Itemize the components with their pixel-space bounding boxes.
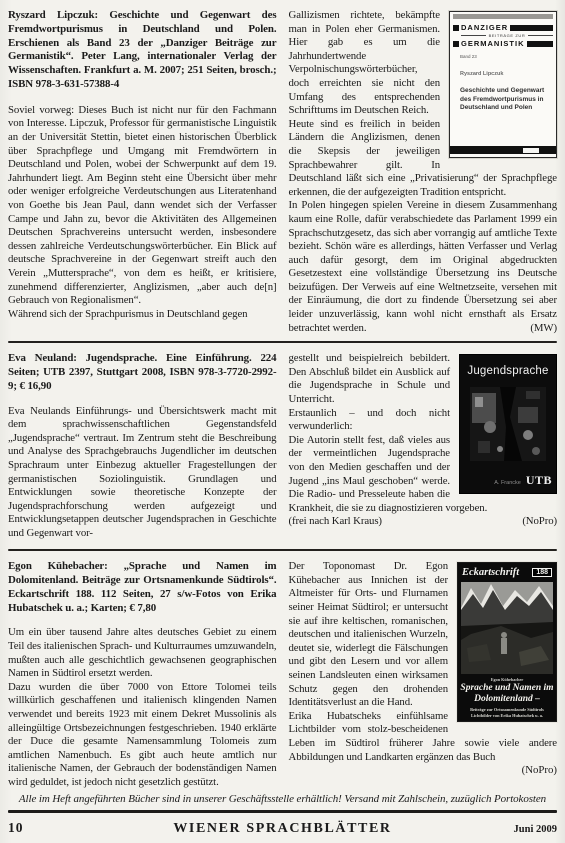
- review-section-lipczuk: Ryszard Lipczuk: Geschichte und Gegenwar…: [8, 6, 557, 341]
- journal-title: WIENER SPRACHBLÄTTER: [88, 821, 477, 837]
- issue-date: Juni 2009: [477, 824, 557, 835]
- cover-author: Egon Kühebacher: [491, 677, 523, 682]
- section-divider-line: [8, 341, 557, 343]
- review-1-heading: Ryszard Lipczuk: Geschichte und Gegenwar…: [8, 9, 277, 92]
- review-1-paragraph: Während sich der Sprachpurismus in Deuts…: [8, 308, 277, 322]
- black-square-glyph: [453, 41, 459, 47]
- cover-title: Sprache und Namen im Dolomitenland –: [458, 683, 556, 705]
- review-3-left-column: Egon Kühebacher: „Sprache und Namen im D…: [8, 560, 277, 789]
- cover-band-number: Band 23: [460, 54, 556, 59]
- cover-photo-dolomites: [461, 582, 553, 674]
- review-3-paragraph: Dazu wurden die über 7000 von Ettore Tol…: [8, 681, 277, 790]
- cover-title: Jugendsprache: [467, 365, 548, 377]
- review-2-paragraph: Eva Neulands Einführungs- und Übersichts…: [8, 405, 277, 541]
- review-1-closing-paragraph: In Polen hingegen spielen Vereine in die…: [289, 199, 558, 335]
- cover-series-number: 188: [532, 568, 552, 577]
- review-2-heading: Eva Neuland: Jugendsprache. Eine Einführ…: [8, 352, 277, 393]
- book-cover-danziger-germanistik: DANZIGER BEITRÄGE ZUR GERMANISTIK Band 2…: [449, 11, 557, 158]
- cover-series-name: Eckartschrift: [462, 567, 519, 578]
- thin-rule: [528, 35, 553, 36]
- book-cover-jugendsprache: Jugendsprache: [459, 354, 557, 494]
- review-1-left-column: Ryszard Lipczuk: Geschichte und Gegenwar…: [8, 9, 277, 335]
- review-3-heading: Egon Kühebacher: „Sprache und Namen im D…: [8, 560, 277, 615]
- scanned-journal-page: Ryszard Lipczuk: Geschichte und Gegenwar…: [0, 0, 565, 843]
- review-1-right-column: DANZIGER BEITRÄGE ZUR GERMANISTIK Band 2…: [289, 9, 558, 335]
- cover-series-word: DANZIGER: [461, 23, 508, 32]
- black-bar-glyph: [527, 41, 554, 47]
- footer-rule: [8, 810, 557, 813]
- black-square-glyph: [549, 146, 556, 154]
- black-square-glyph: [453, 25, 459, 31]
- thin-rule: [461, 35, 486, 36]
- footer-row: 10 WIENER SPRACHBLÄTTER Juni 2009: [8, 820, 557, 837]
- section-divider-line: [8, 549, 557, 551]
- cover-series-row: Eckartschrift 188: [462, 567, 552, 578]
- cover-photo-dancers: [470, 387, 546, 461]
- cover-series-row: GERMANISTIK: [453, 39, 553, 48]
- utb-logo: UTB: [526, 473, 552, 488]
- review-section-kuehebacher: Egon Kühebacher: „Sprache und Namen im D…: [8, 557, 557, 795]
- review-section-neuland: Eva Neuland: Jugendsprache. Eine Einführ…: [8, 349, 557, 549]
- review-1-paragraph: Soviel vorweg: Dieses Buch ist nicht nur…: [8, 104, 277, 308]
- white-box-glyph: [523, 148, 539, 153]
- cover-title: Geschichte und Gegenwart des Fremdwortpu…: [460, 87, 546, 113]
- reviewer-initials: (NoPro): [289, 764, 558, 778]
- cover-author: Ryszard Lipczuk: [460, 71, 556, 77]
- cover-series-subrow: BEITRÄGE ZUR: [461, 33, 553, 38]
- cover-edge-strip: [453, 14, 553, 19]
- cover-subtitle: Beiträge zur Ortsnamenkunde Südtirols: [470, 707, 544, 712]
- cover-series-subtitle: BEITRÄGE ZUR: [489, 33, 526, 38]
- reviewer-initials: (NoPro): [522, 515, 557, 529]
- review-2-left-column: Eva Neuland: Jugendsprache. Eine Einführ…: [8, 352, 277, 540]
- cover-publisher-row: A. Francke UTB: [464, 473, 552, 488]
- cover-imprint: A. Francke: [494, 480, 521, 486]
- page-number: 10: [8, 820, 88, 836]
- review-3-right-column: Eckartschrift 188: [289, 560, 558, 789]
- review-2-closing-line: (frei nach Karl Kraus) (NoPro): [289, 515, 558, 529]
- review-2-right-column: Jugendsprache: [289, 352, 558, 540]
- cover-series-word: GERMANISTIK: [461, 39, 525, 48]
- cover-bottom-bar: [450, 146, 556, 154]
- black-bar-glyph: [510, 25, 553, 31]
- cover-photo-credit: Lichtbilder von Erika Hubatschek u. a.: [471, 713, 543, 718]
- attribution-note: (frei nach Karl Kraus): [289, 515, 382, 527]
- availability-note: Alle im Heft angeführten Bücher sind in …: [8, 793, 557, 805]
- reviewer-initials: (MW): [530, 322, 557, 336]
- cover-series-row: DANZIGER: [453, 23, 553, 32]
- book-cover-eckartschrift: Eckartschrift 188: [457, 562, 557, 722]
- review-1-paragraph-text: In Polen hingegen spielen Vereine in die…: [289, 199, 558, 333]
- page-footer: Alle im Heft angeführten Bücher sind in …: [8, 793, 557, 837]
- review-3-paragraph: Um ein über tausend Jahre altes deutsche…: [8, 626, 277, 680]
